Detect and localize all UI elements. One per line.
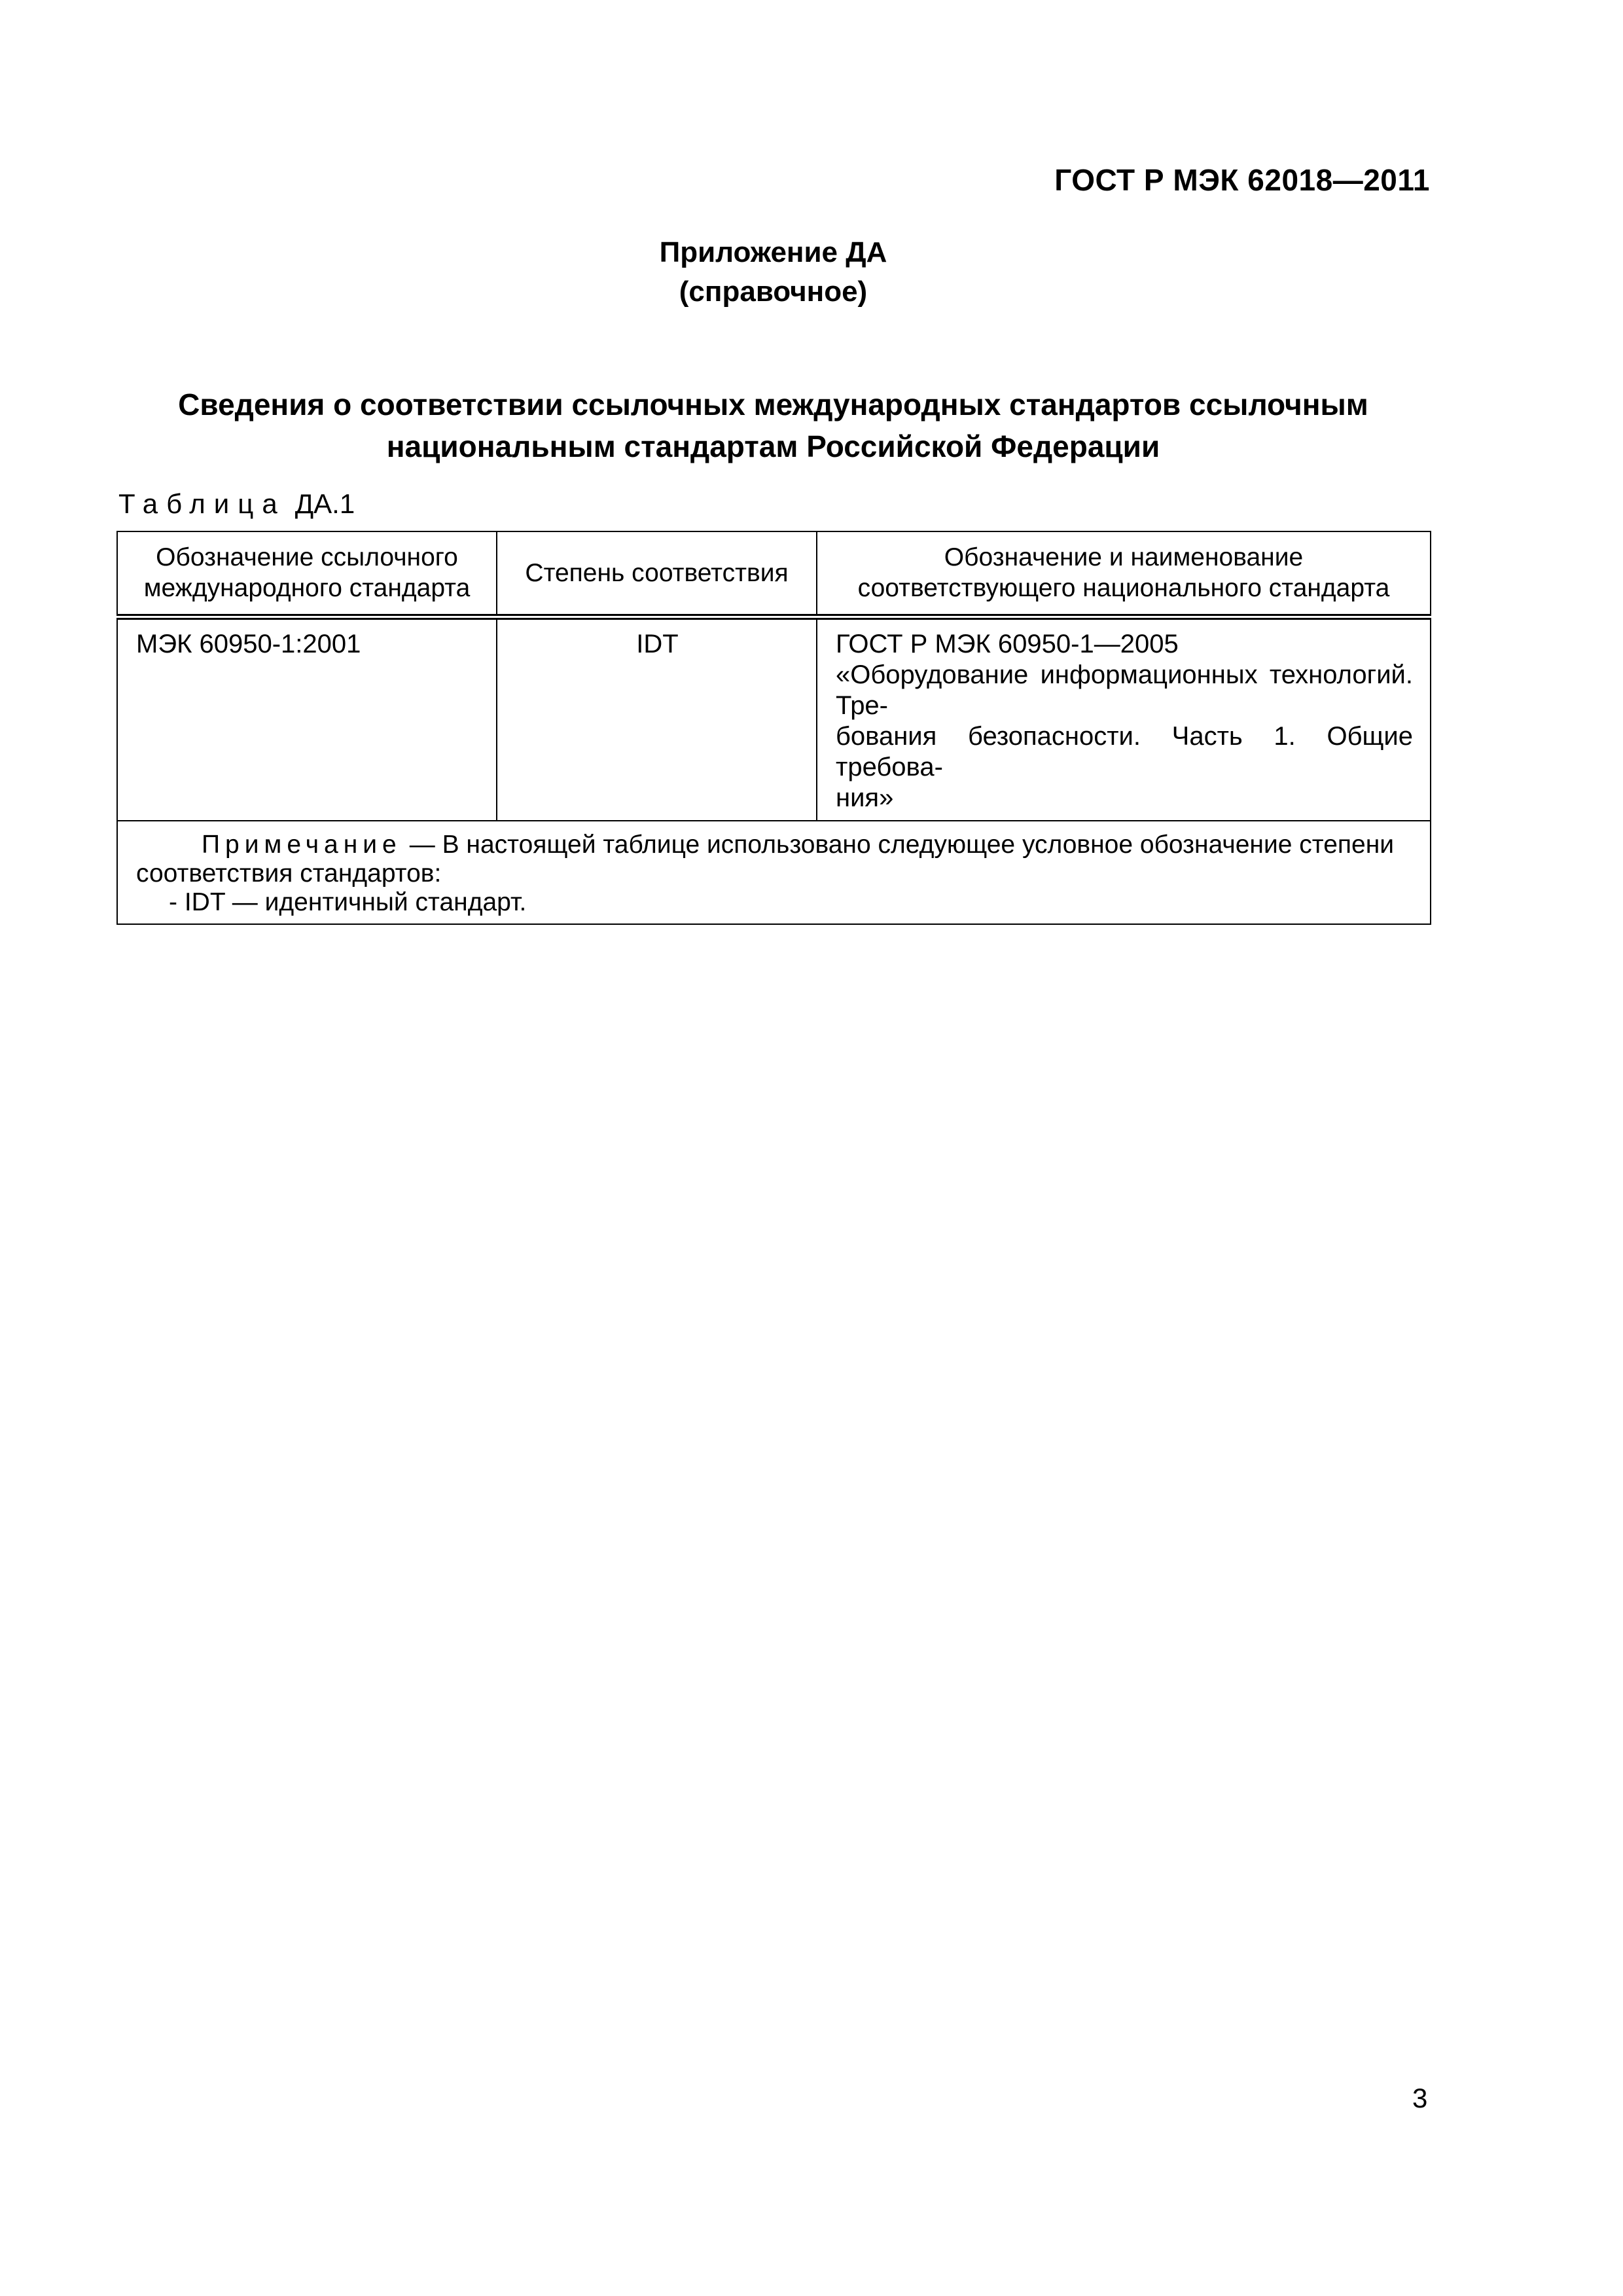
appendix-heading: Приложение ДА (справочное) xyxy=(116,233,1430,312)
cell-conformity-degree: IDT xyxy=(497,617,817,821)
appendix-type: (справочное) xyxy=(116,272,1430,312)
table-header: Обозначение ссылочного международного ст… xyxy=(117,531,1431,617)
note-line2: соответствия стандартов: xyxy=(136,859,1412,888)
page-number: 3 xyxy=(1412,2083,1427,2114)
table-note: Примечание— В настоящей таблице использо… xyxy=(117,821,1431,924)
section-heading-line1: Сведения о соответствии ссылочных междун… xyxy=(116,384,1430,425)
cell-national-standard: ГОСТ Р МЭК 60950-1—2005 «Оборудование ин… xyxy=(817,617,1431,821)
note-label: Примечание xyxy=(202,831,402,859)
table-note-row: Примечание— В настоящей таблице использо… xyxy=(117,821,1431,924)
table-caption-number: ДА.1 xyxy=(295,488,355,519)
table-header-row: Обозначение ссылочного международного ст… xyxy=(117,531,1431,617)
table-caption-word: Таблица xyxy=(118,488,286,519)
note-text: — В настоящей таблице использовано следу… xyxy=(410,831,1394,859)
document-page: ГОСТ Р МЭК 62018—2011 Приложение ДА (спр… xyxy=(0,0,1623,2296)
note-line1: Примечание— В настоящей таблице использо… xyxy=(136,831,1412,859)
section-heading-line2: национальным стандартам Российской Федер… xyxy=(116,425,1430,467)
correspondence-table: Обозначение ссылочного международного ст… xyxy=(116,531,1431,925)
table-caption: ТаблицаДА.1 xyxy=(118,488,355,520)
appendix-title: Приложение ДА xyxy=(116,233,1430,272)
cell-international-standard: МЭК 60950-1:2001 xyxy=(117,617,497,821)
document-code: ГОСТ Р МЭК 62018—2011 xyxy=(116,162,1430,198)
section-heading: Сведения о соответствии ссылочных междун… xyxy=(116,384,1430,467)
note-line3: - IDT — идентичный стандарт. xyxy=(136,888,1412,917)
national-standard-name-line3: ния» xyxy=(836,783,1413,814)
table-row: МЭК 60950-1:2001 IDT ГОСТ Р МЭК 60950-1—… xyxy=(117,617,1431,821)
column-header-national-standard: Обозначение и наименование соответствующ… xyxy=(817,531,1431,617)
national-standard-name-line1: «Оборудование информационных технологий.… xyxy=(836,660,1413,721)
column-header-international-standard: Обозначение ссылочного международного ст… xyxy=(117,531,497,617)
national-standard-designation: ГОСТ Р МЭК 60950-1—2005 xyxy=(836,629,1413,660)
national-standard-name-line2: бования безопасности. Часть 1. Общие тре… xyxy=(836,721,1413,783)
column-header-conformity-degree: Степень соответствия xyxy=(497,531,817,617)
